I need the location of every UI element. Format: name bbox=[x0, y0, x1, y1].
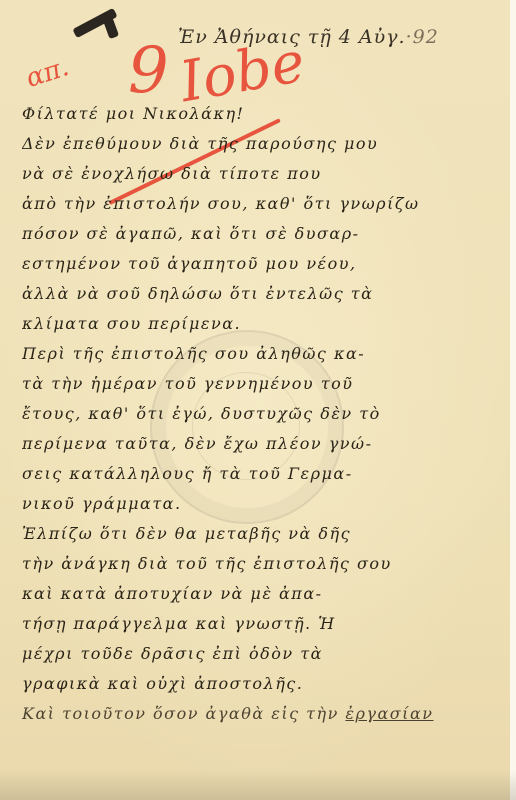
body-line: κλίματα σου περίμενα. bbox=[22, 314, 502, 344]
salutation: Φίλτατέ μοι Νικολάκη! bbox=[22, 104, 502, 134]
body-line: γραφικὰ καὶ οὐχὶ ἀποστολῆς. bbox=[22, 674, 502, 704]
red-annotation-prefix: απ. bbox=[22, 52, 72, 94]
underlined-word: ἐργασίαν bbox=[345, 704, 433, 723]
letter-body: Φίλτατέ μοι Νικολάκη! Δὲν ἐπεθύμουν διὰ … bbox=[22, 104, 502, 734]
body-line: ἀλλὰ νὰ σοῦ δηλώσω ὅτι ἐντελῶς τὰ bbox=[22, 284, 502, 314]
year: 92 bbox=[413, 26, 439, 48]
body-line: περίμενα ταῦτα, δὲν ἔχω πλέον γνώ- bbox=[22, 434, 502, 464]
scan-shadow bbox=[0, 770, 516, 800]
scan-edge bbox=[510, 0, 516, 800]
body-line: νὰ σὲ ἐνοχλήσω διὰ τίποτε που bbox=[22, 164, 502, 194]
body-line: τὰ τὴν ἡμέραν τοῦ γεννημένου τοῦ bbox=[22, 374, 502, 404]
body-line: πόσον σὲ ἀγαπῶ, καὶ ὅτι σὲ δυσαρ- bbox=[22, 224, 502, 254]
body-line: τὴν ἀνάγκη διὰ τοῦ τῆς ἐπιστολῆς σου bbox=[22, 554, 502, 584]
body-line: μέχρι τοῦδε δρᾶσις ἐπὶ ὁδὸν τὰ bbox=[22, 644, 502, 674]
red-annotation-day: 9 bbox=[128, 34, 169, 108]
body-line: καὶ κατὰ ἀποτυχίαν νὰ μὲ ἀπα- bbox=[22, 584, 502, 614]
last-line-text: Καὶ τοιοῦτον ὅσον ἀγαθὰ εἰς τὴν bbox=[22, 704, 339, 723]
body-line: ἀπὸ τὴν ἐπιστολήν σου, καθ' ὅτι γνωρίζω bbox=[22, 194, 502, 224]
ink-mark-tail bbox=[103, 17, 119, 39]
body-line: ἔτους, καθ' ὅτι ἐγώ, δυστυχῶς δὲν τὸ bbox=[22, 404, 502, 434]
body-line: Ἐλπίζω ὅτι δὲν θα μεταβῆς νὰ δῆς bbox=[22, 524, 502, 554]
body-line: Δὲν ἐπεθύμουν διὰ τῆς παρούσης μου bbox=[22, 134, 502, 164]
body-line: Περὶ τῆς ἐπιστολῆς σου ἀληθῶς κα- bbox=[22, 344, 502, 374]
body-line-last: Καὶ τοιοῦτον ὅσον ἀγαθὰ εἰς τὴν ἐργασίαν bbox=[22, 704, 502, 734]
body-line: σεις κατάλληλους ἤ τὰ τοῦ Γερμα- bbox=[22, 464, 502, 494]
body-line: τήσῃ παράγγελμα καὶ γνωστῇ. Ἡ bbox=[22, 614, 502, 644]
body-line: νικοῦ γράμματα. bbox=[22, 494, 502, 524]
letter-page: Ἐν Ἀθήναις τῇ 4 Αὐγ.·92 απ. 9 Iobe Φίλτα… bbox=[0, 0, 516, 800]
body-line: εστημένον τοῦ ἀγαπητοῦ μου νέου, bbox=[22, 254, 502, 284]
